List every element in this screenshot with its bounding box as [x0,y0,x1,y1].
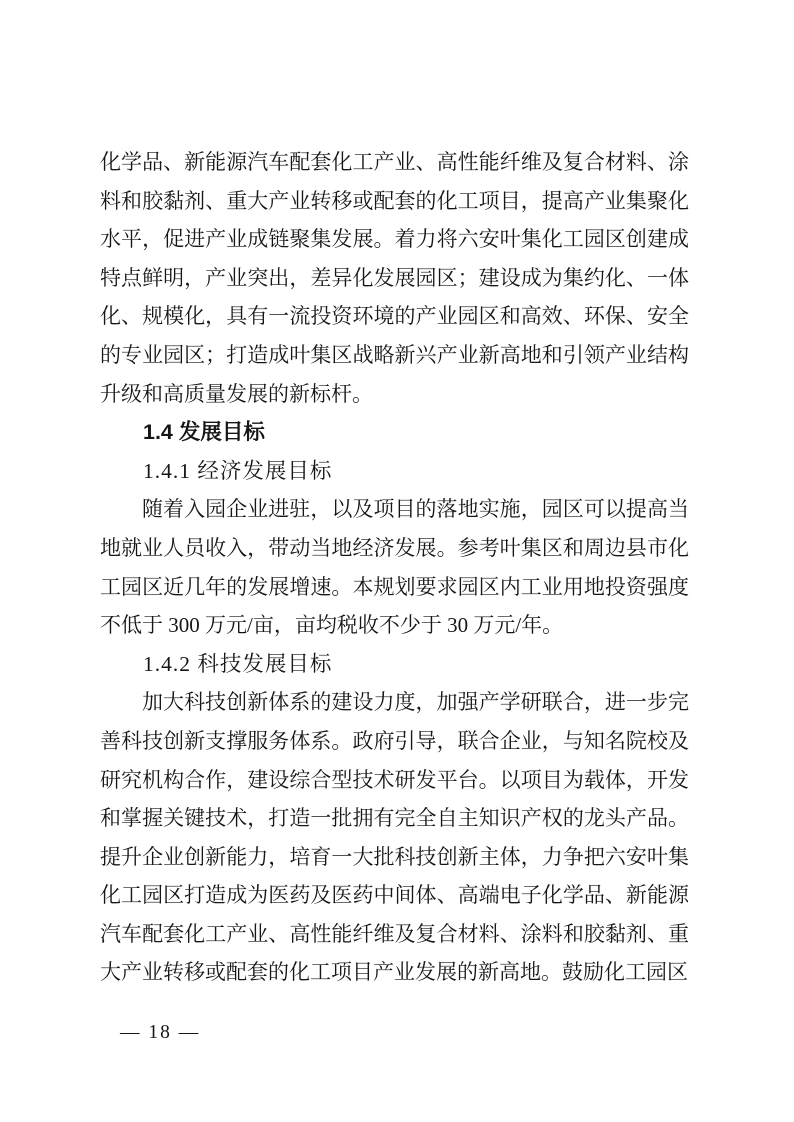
subsection-heading: 1.4.1 经济发展目标 [100,452,689,491]
body-paragraph: 随着入园企业进驻，以及项目的落地实施，园区可以提高当地就业人员收入，带动当地经济… [100,490,689,644]
page-footer: — 18 — [120,1022,200,1044]
body-paragraph: 加大科技创新体系的建设力度，加强产学研联合，进一步完善科技创新支撑服务体系。政府… [100,683,689,992]
section-heading: 1.4 发展目标 [100,413,689,452]
page-number: — 18 — [120,1022,200,1043]
document-content: 化学品、新能源汽车配套化工产业、高性能纤维及复合材料、涂料和胶黏剂、重大产业转移… [100,143,689,992]
subsection-heading: 1.4.2 科技发展目标 [100,645,689,684]
document-page: 化学品、新能源汽车配套化工产业、高性能纤维及复合材料、涂料和胶黏剂、重大产业转移… [0,0,794,1122]
body-paragraph: 化学品、新能源汽车配套化工产业、高性能纤维及复合材料、涂料和胶黏剂、重大产业转移… [100,143,689,413]
